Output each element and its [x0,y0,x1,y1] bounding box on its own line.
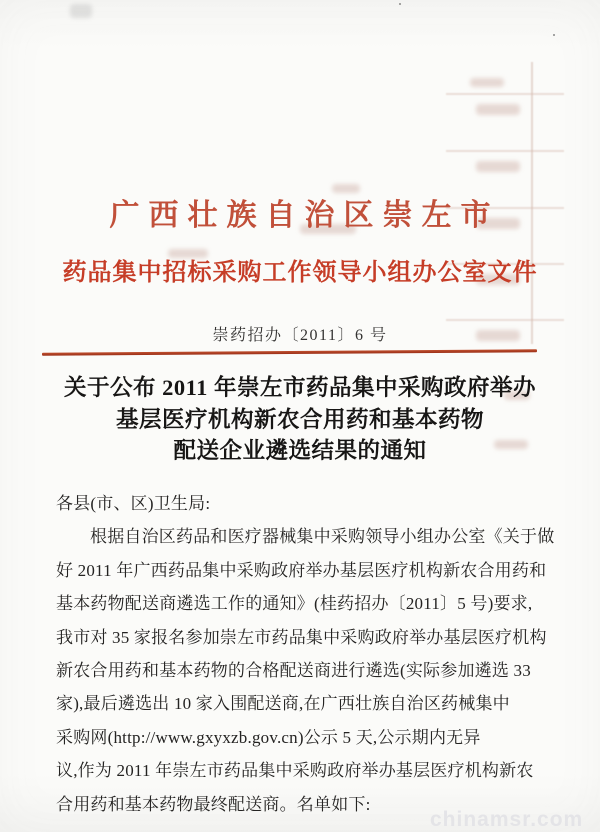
document-title-line-2: 基层医疗机构新农合用药和基本药物 [30,404,570,436]
document-body: 各县(市、区)卫生局: 根据自治区药品和医疗器械集中采购领导小组办公室《关于做 … [56,487,550,821]
body-line: 议,作为 2011 年崇左市药品集中采购政府举办基层医疗机构新农 [56,754,550,787]
body-line: 基本药物配送商遴选工作的通知》(桂药招办〔2011〕5 号)要求, [56,587,550,620]
document-content: 广西壮族自治区崇左市 药品集中招标采购工作领导小组办公室文件 崇药招办〔2011… [0,0,600,832]
document-title-line-3: 配送企业遴选结果的通知 [30,435,570,467]
body-line: 合用药和基本药物最终配送商。名单如下: [56,788,550,821]
body-line: 我市对 35 家报名参加崇左市药品集中采购政府举办基层医疗机构 [56,621,550,654]
body-line: 家),最后遴选出 10 家入围配送商,在广西壮族自治区药械集中 [56,687,550,720]
issuing-org-region-line: 广西壮族自治区崇左市 [0,190,600,234]
issuing-org-office-line: 药品集中招标采购工作领导小组办公室文件 [0,252,600,287]
document-number: 崇药招办〔2011〕6 号 [0,322,600,345]
body-line: 采购网(http://www.gxyxzb.gov.cn)公示 5 天,公示期内… [56,721,550,754]
document-title: 关于公布 2011 年崇左市药品集中采购政府举办 基层医疗机构新农合用药和基本药… [30,372,570,467]
body-line: 好 2011 年广西药品集中采购政府举办基层医疗机构新农合用药和 [56,554,550,587]
red-header-rule [42,349,537,355]
document-title-line-1: 关于公布 2011 年崇左市药品集中采购政府举办 [30,372,570,404]
salutation: 各县(市、区)卫生局: [56,487,550,520]
body-line: 根据自治区药品和医疗器械集中采购领导小组办公室《关于做 [56,520,550,553]
body-line: 新农合用药和基本药物的合格配送商进行遴选(实际参加遴选 33 [56,654,550,687]
